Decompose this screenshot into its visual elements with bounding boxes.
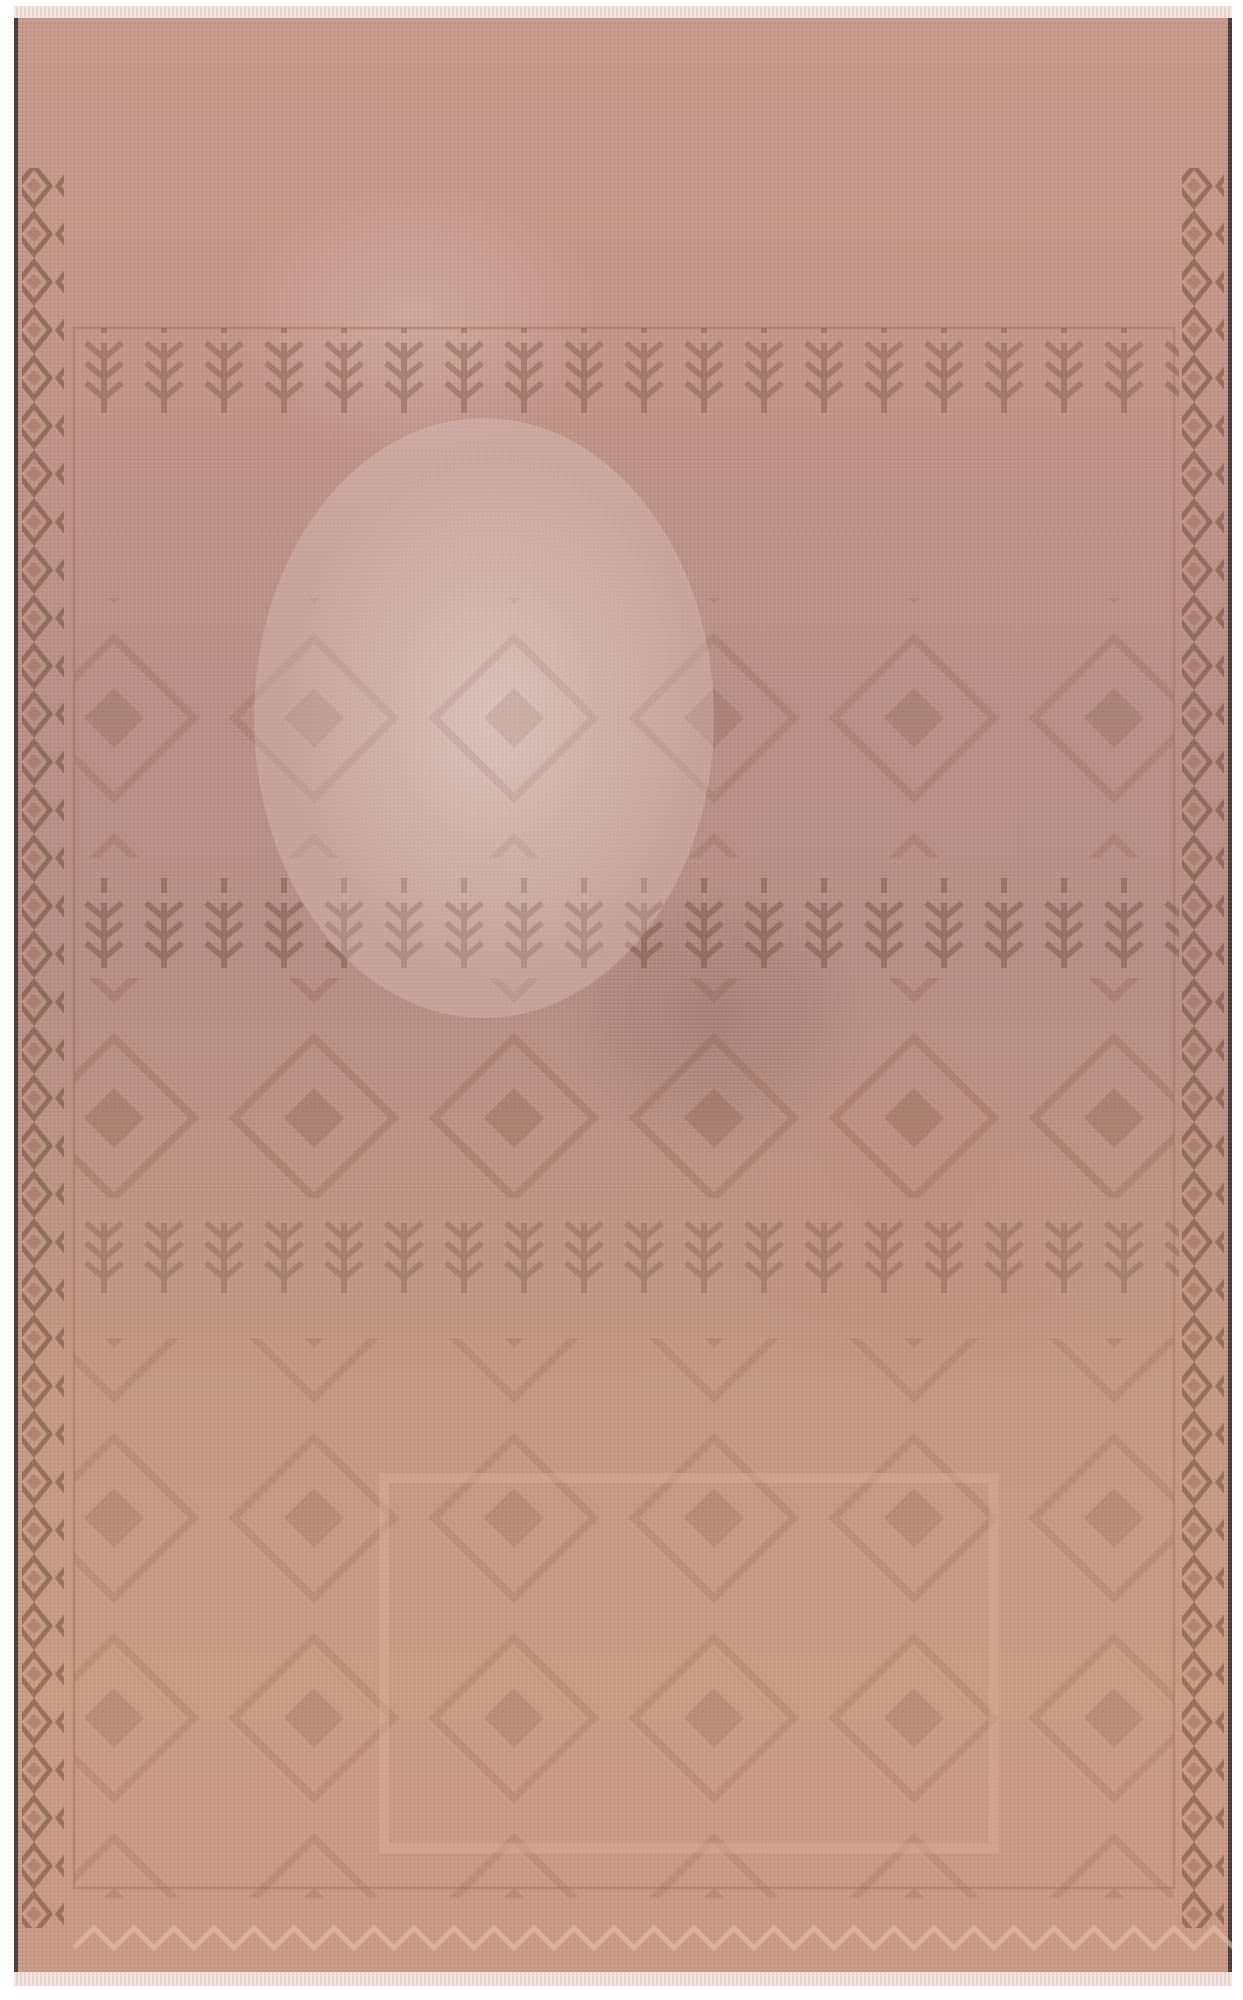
rug-bottom-fringe bbox=[14, 1972, 1232, 1986]
rug bbox=[14, 18, 1232, 1978]
photo-canvas bbox=[0, 0, 1243, 2000]
